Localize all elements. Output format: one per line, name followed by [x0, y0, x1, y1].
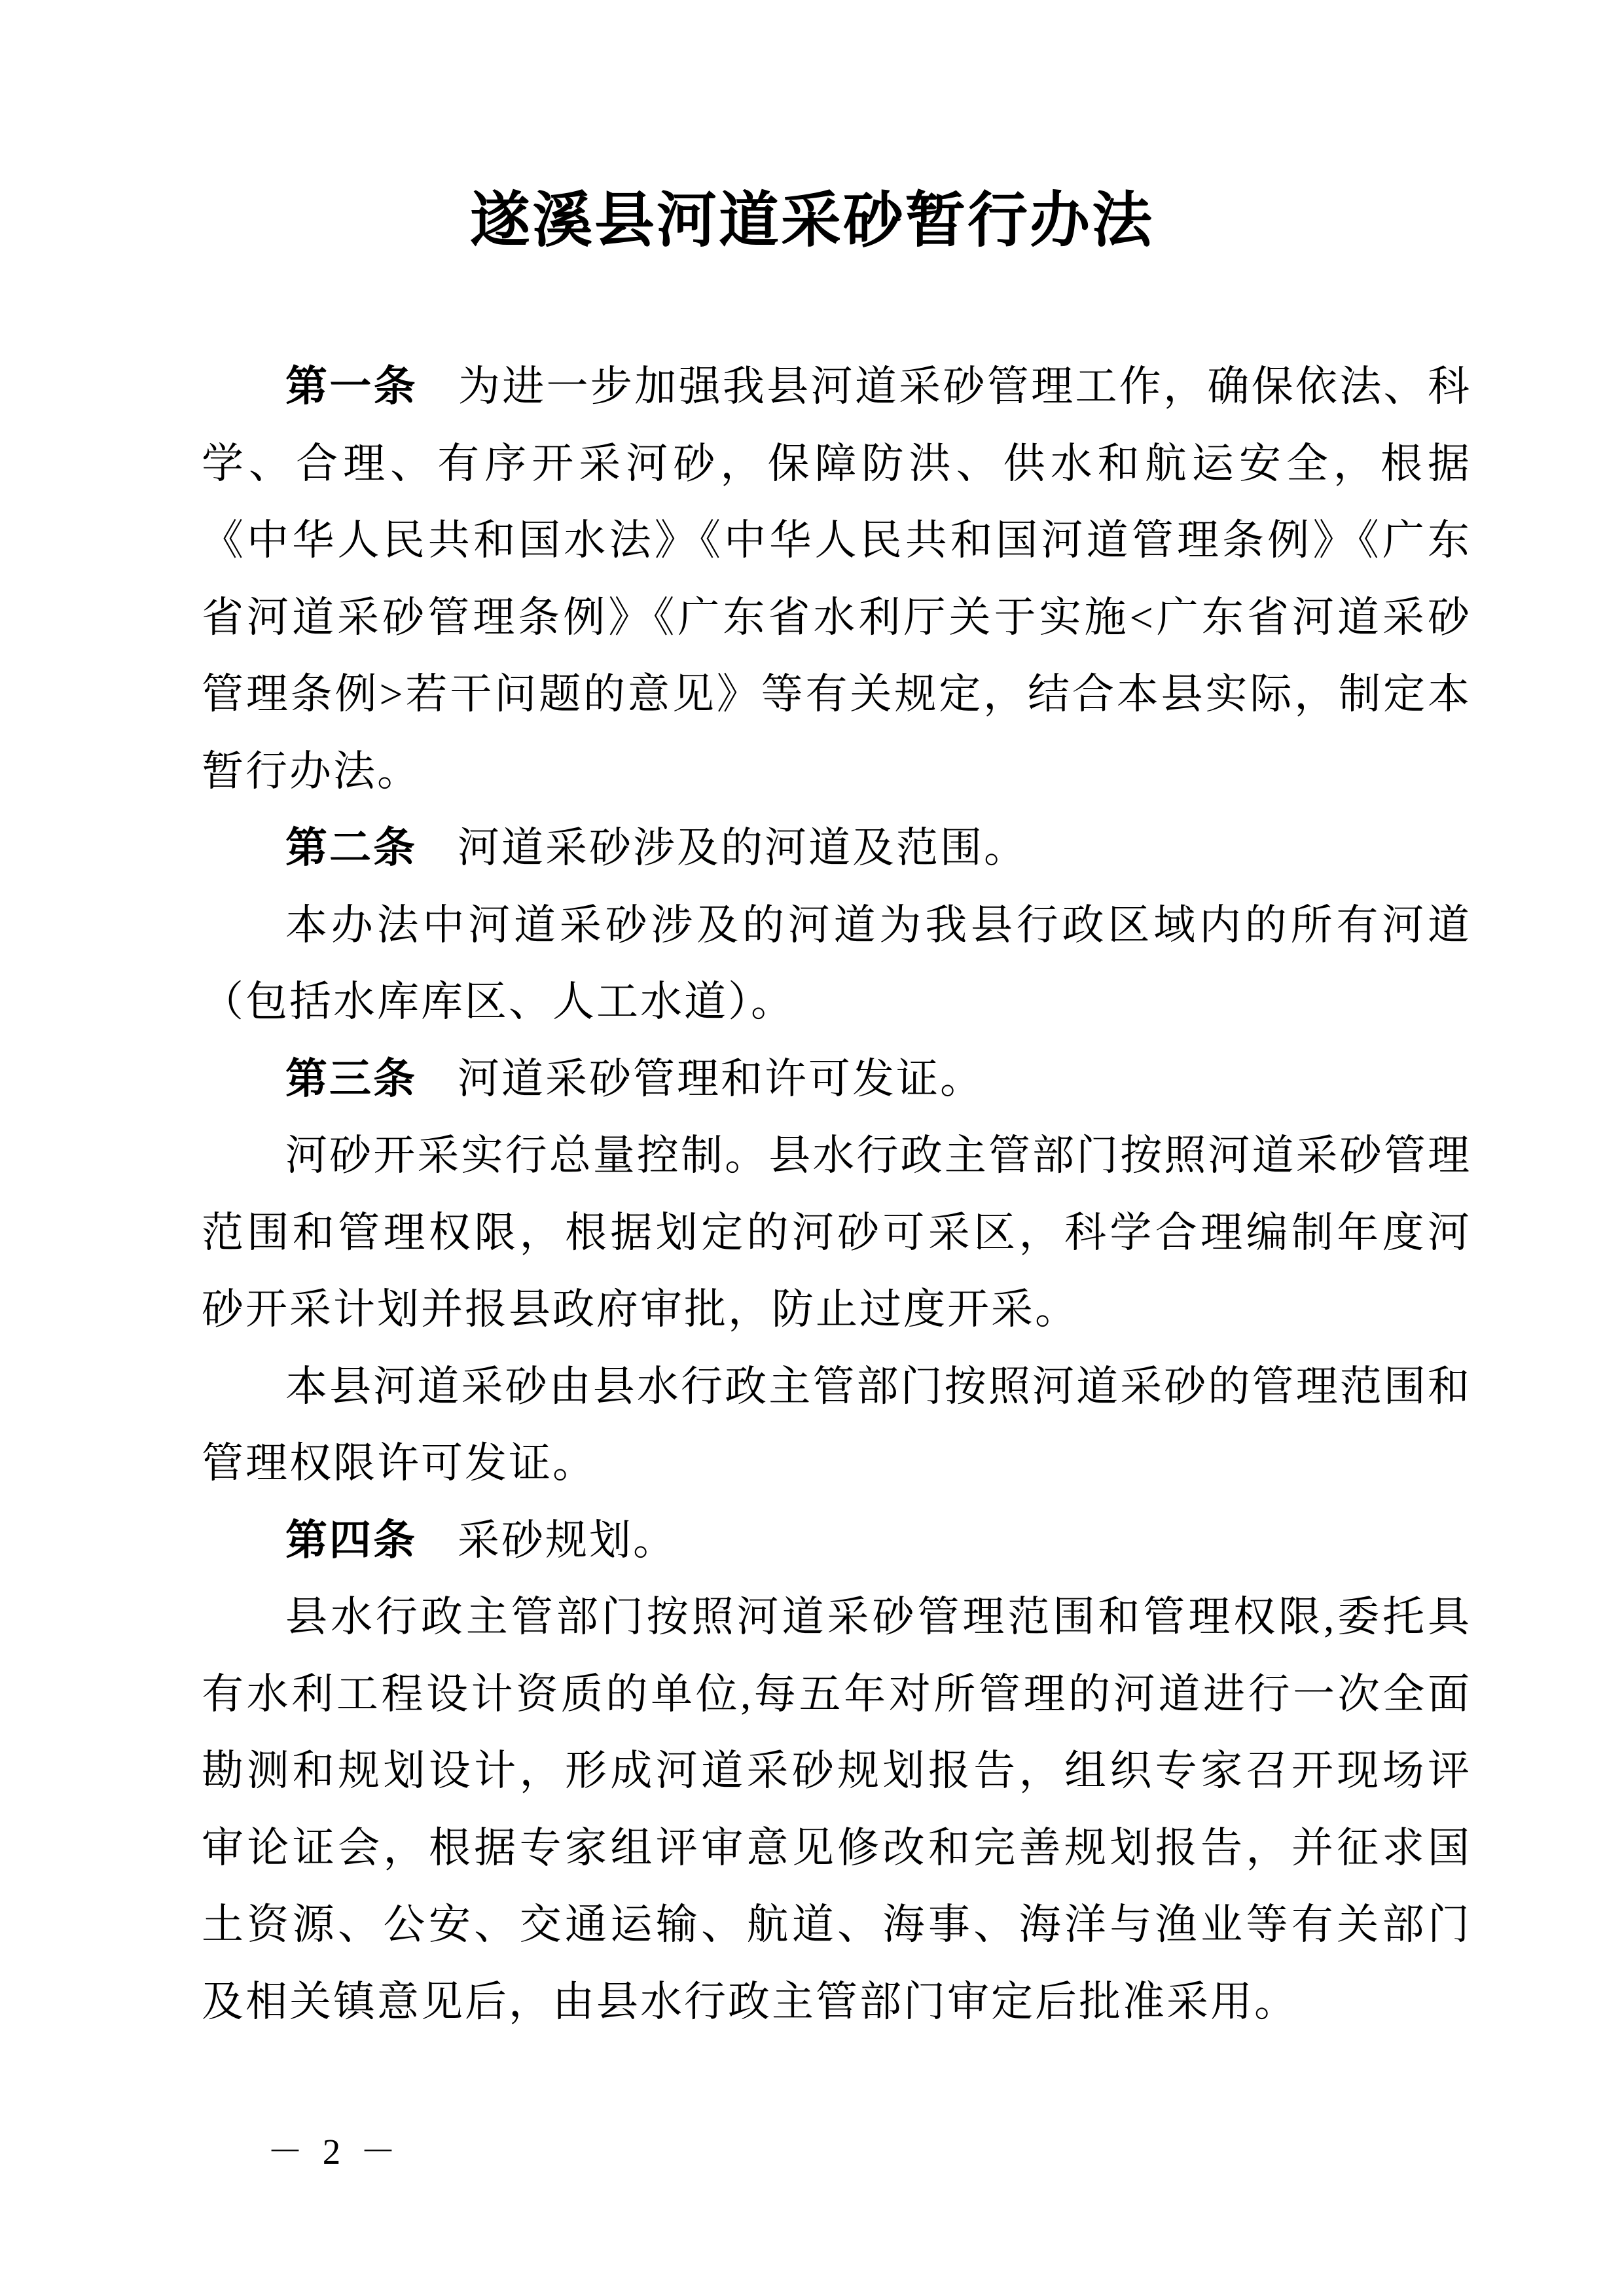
paragraph-article-3: 第三条河道采砂管理和许可发证。	[202, 1041, 1471, 1118]
document-title: 遂溪县河道采砂暂行办法	[0, 185, 1624, 257]
article-4-label: 第四条	[285, 1517, 417, 1564]
paragraph-article-4-body: 县水行政主管部门按照河道采砂管理范围和管理权限,委托具有水利工程设计资质的单位,…	[202, 1579, 1471, 2040]
paragraph-article-1: 第一条为进一步加强我县河道采砂管理工作，确保依法、科学、合理、有序开采河砂，保障…	[202, 348, 1471, 810]
paragraph-article-4: 第四条采砂规划。	[202, 1502, 1471, 1579]
paragraph-article-2-body: 本办法中河道采砂涉及的河道为我县行政区域内的所有河道（包括水库库区、人工水道）。	[202, 887, 1471, 1041]
article-3-body-1-text: 河砂开采实行总量控制。县水行政主管部门按照河道采砂管理范围和管理权限，根据划定的…	[202, 1132, 1471, 1333]
document-page: 遂溪县河道采砂暂行办法 第一条为进一步加强我县河道采砂管理工作，确保依法、科学、…	[0, 0, 1624, 2296]
document-body: 第一条为进一步加强我县河道采砂管理工作，确保依法、科学、合理、有序开采河砂，保障…	[202, 348, 1471, 2040]
article-1-label: 第一条	[285, 363, 418, 410]
article-1-text: 为进一步加强我县河道采砂管理工作，确保依法、科学、合理、有序开采河砂，保障防洪、…	[202, 363, 1471, 795]
article-3-body-2-text: 本县河道采砂由县水行政主管部门按照河道采砂的管理范围和管理权限许可发证。	[202, 1363, 1471, 1487]
article-4-text: 采砂规划。	[458, 1517, 677, 1564]
page-number: － 2 －	[267, 2132, 401, 2172]
article-4-body-text: 县水行政主管部门按照河道采砂管理范围和管理权限,委托具有水利工程设计资质的单位,…	[202, 1594, 1471, 2025]
article-2-text: 河道采砂涉及的河道及范围。	[458, 825, 1028, 871]
article-3-text: 河道采砂管理和许可发证。	[458, 1056, 984, 1102]
article-2-label: 第二条	[285, 825, 417, 871]
paragraph-article-3-body-1: 河砂开采实行总量控制。县水行政主管部门按照河道采砂管理范围和管理权限，根据划定的…	[202, 1117, 1471, 1348]
article-2-body-text: 本办法中河道采砂涉及的河道为我县行政区域内的所有河道（包括水库库区、人工水道）。	[202, 902, 1471, 1026]
paragraph-article-3-body-2: 本县河道采砂由县水行政主管部门按照河道采砂的管理范围和管理权限许可发证。	[202, 1348, 1471, 1502]
article-3-label: 第三条	[285, 1056, 417, 1102]
paragraph-article-2: 第二条河道采砂涉及的河道及范围。	[202, 810, 1471, 887]
